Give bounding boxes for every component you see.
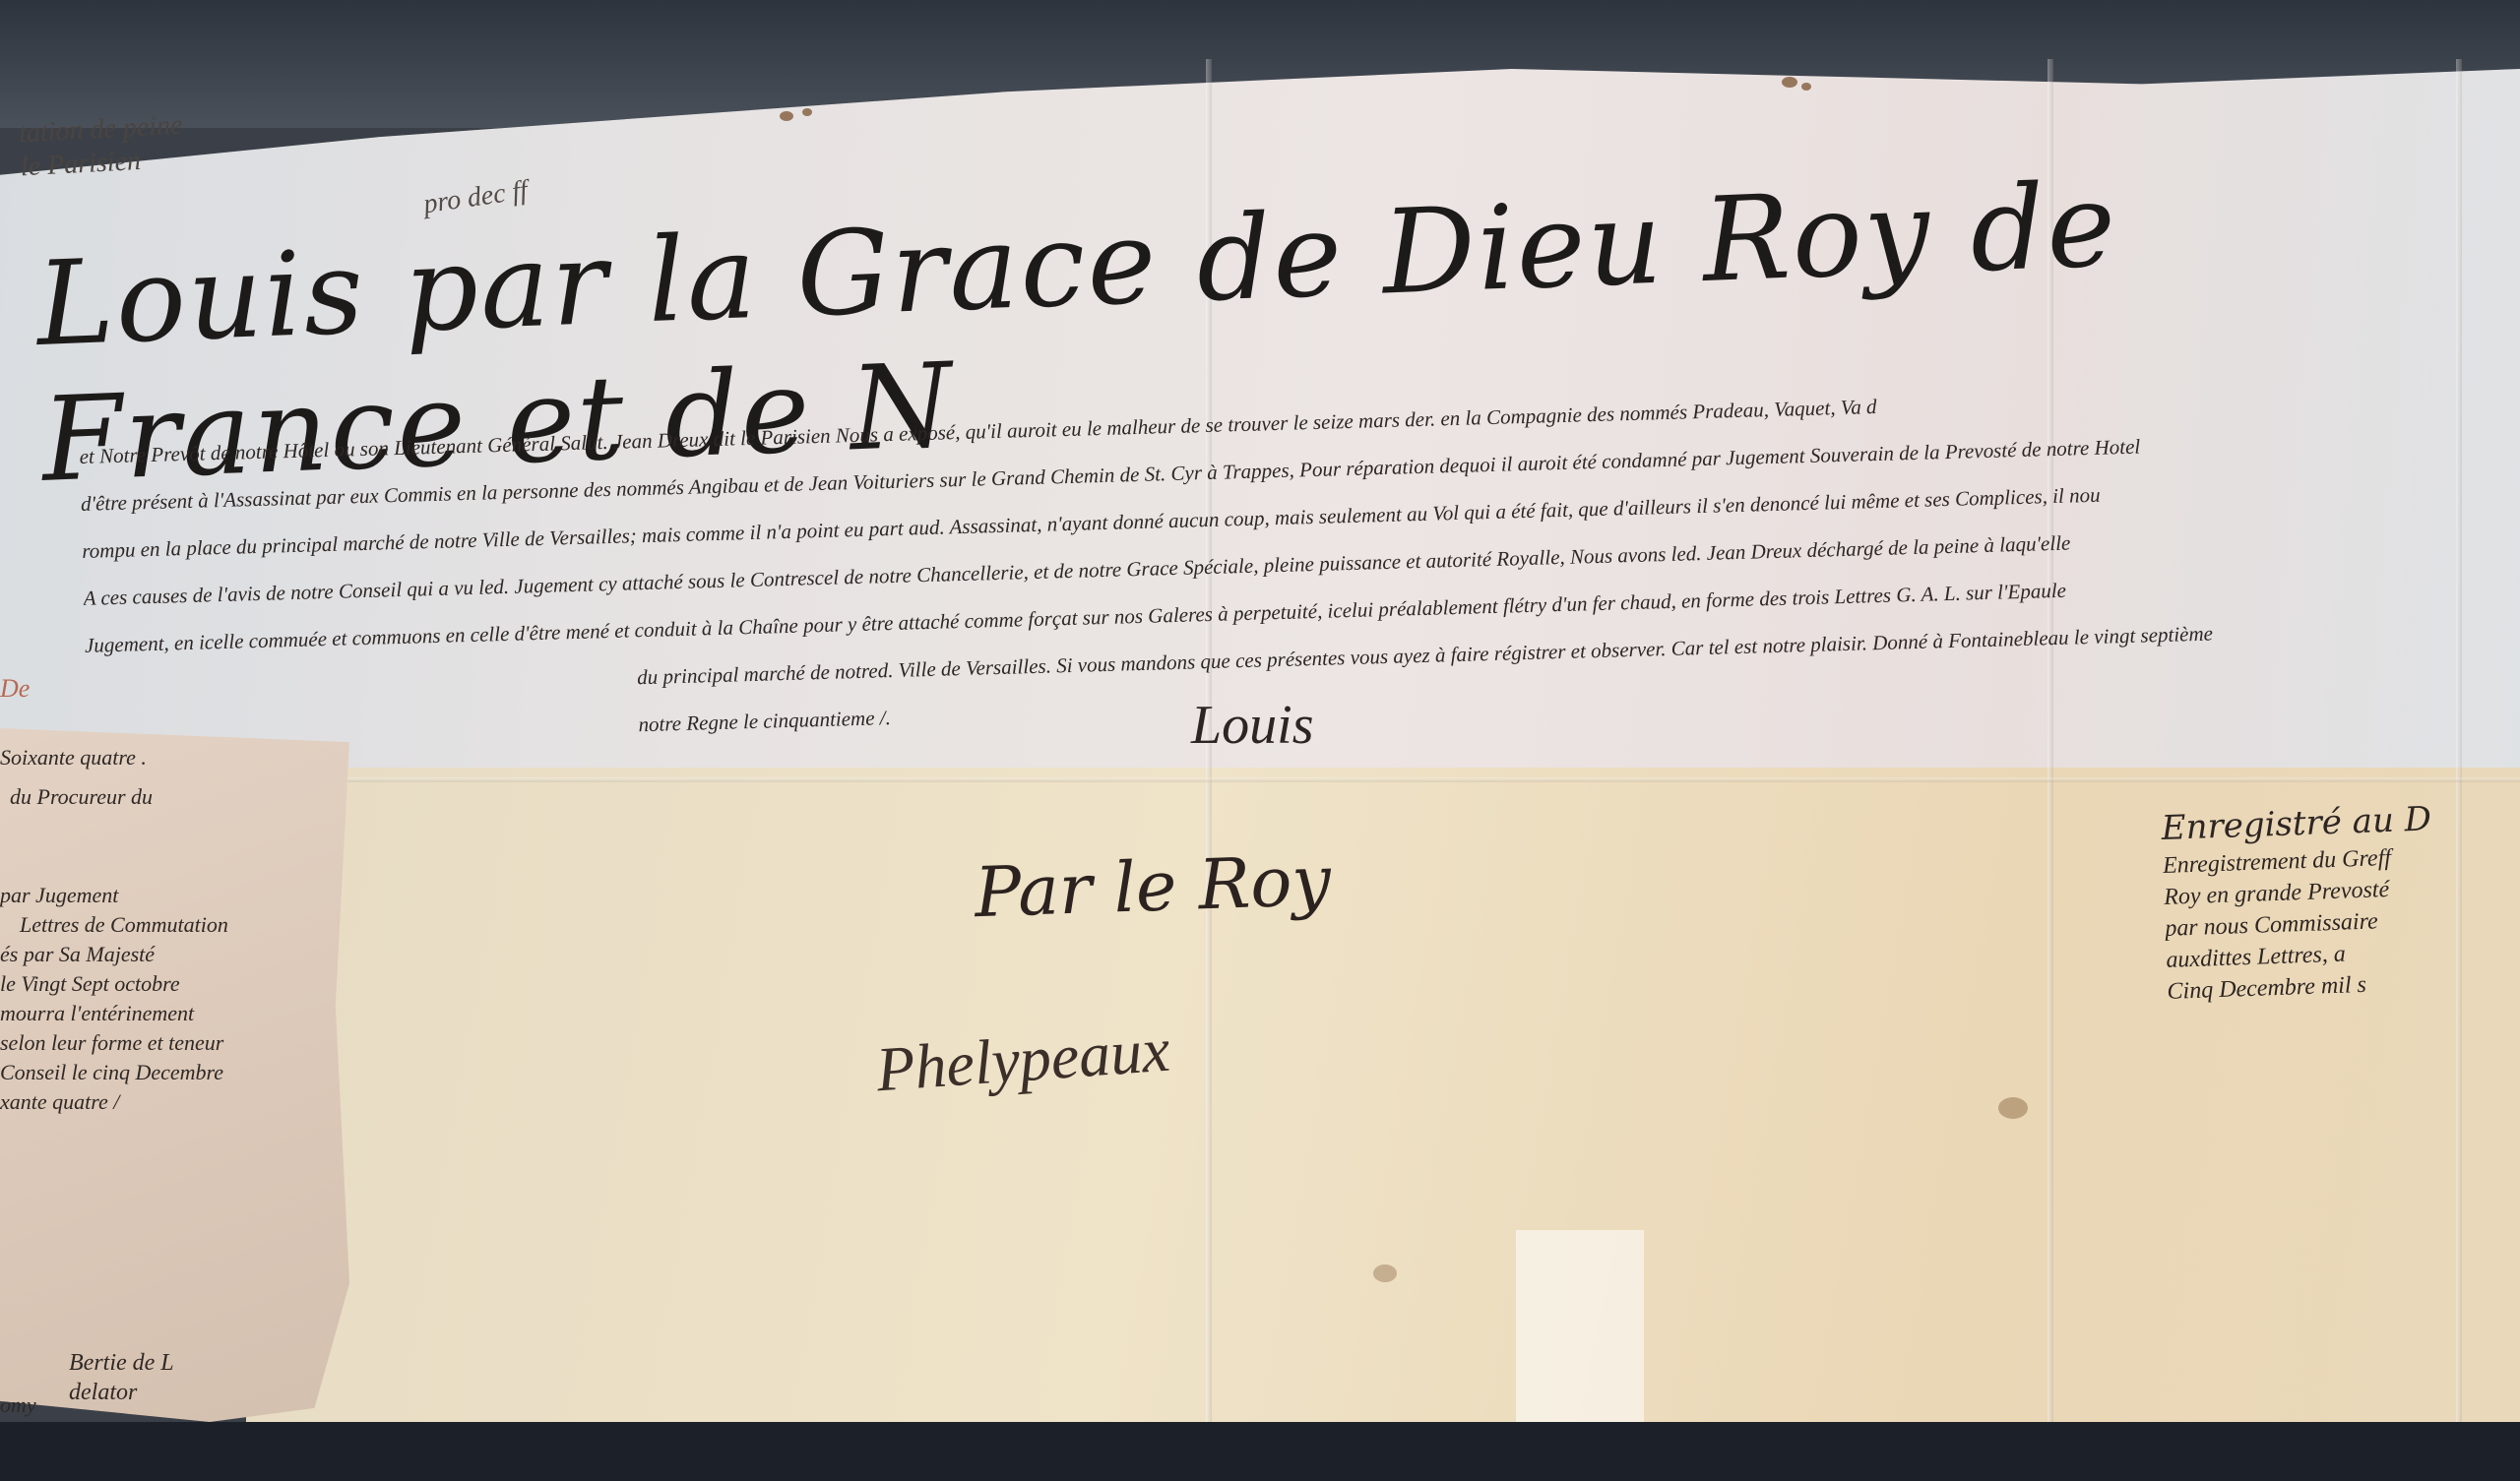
note-footer-left: omy: [0, 1392, 36, 1418]
note-line: mourra l'entérinement: [0, 999, 335, 1028]
ink-stain: [1782, 77, 1797, 88]
note-line: Conseil le cinq Decembre: [0, 1058, 335, 1087]
note-footer-line: delator: [69, 1378, 174, 1407]
registration-note: Enregistré au D Enregistrement du Greff …: [2161, 794, 2520, 1008]
foxing-stain: [1998, 1097, 2028, 1119]
note-line: selon leur forme et teneur: [0, 1028, 335, 1058]
glass-reflection: [1516, 1230, 1644, 1427]
note-footer: Bertie de L delator: [69, 1348, 174, 1407]
note-line: Lettres de Commutation: [0, 910, 335, 940]
note-line: [0, 812, 335, 881]
note-line: és par Sa Majesté: [0, 940, 335, 969]
horizontal-fold-line: [0, 777, 2520, 782]
note-line: Soixante quatre .: [0, 743, 335, 772]
king-signature: Louis: [1191, 694, 1314, 757]
note-line: le Vingt Sept octobre: [0, 969, 335, 999]
note-footer-line: Bertie de L: [69, 1348, 174, 1378]
ink-stain: [780, 111, 793, 121]
countersign-heading: Par le Roy: [974, 840, 1333, 934]
display-case-frame: [0, 1422, 2520, 1481]
attached-note-text: Soixante quatre . du Procureur du par Ju…: [0, 743, 335, 1117]
foxing-stain: [1373, 1265, 1397, 1282]
ink-stain: [1801, 83, 1811, 91]
margin-note: tation de peine le Parisien: [18, 109, 185, 185]
note-line: du Procureur du: [0, 782, 335, 812]
red-ink-mark: De: [0, 674, 30, 704]
ink-stain: [802, 108, 812, 116]
note-line: xante quatre /: [0, 1087, 335, 1117]
note-line: par Jugement: [0, 881, 335, 910]
